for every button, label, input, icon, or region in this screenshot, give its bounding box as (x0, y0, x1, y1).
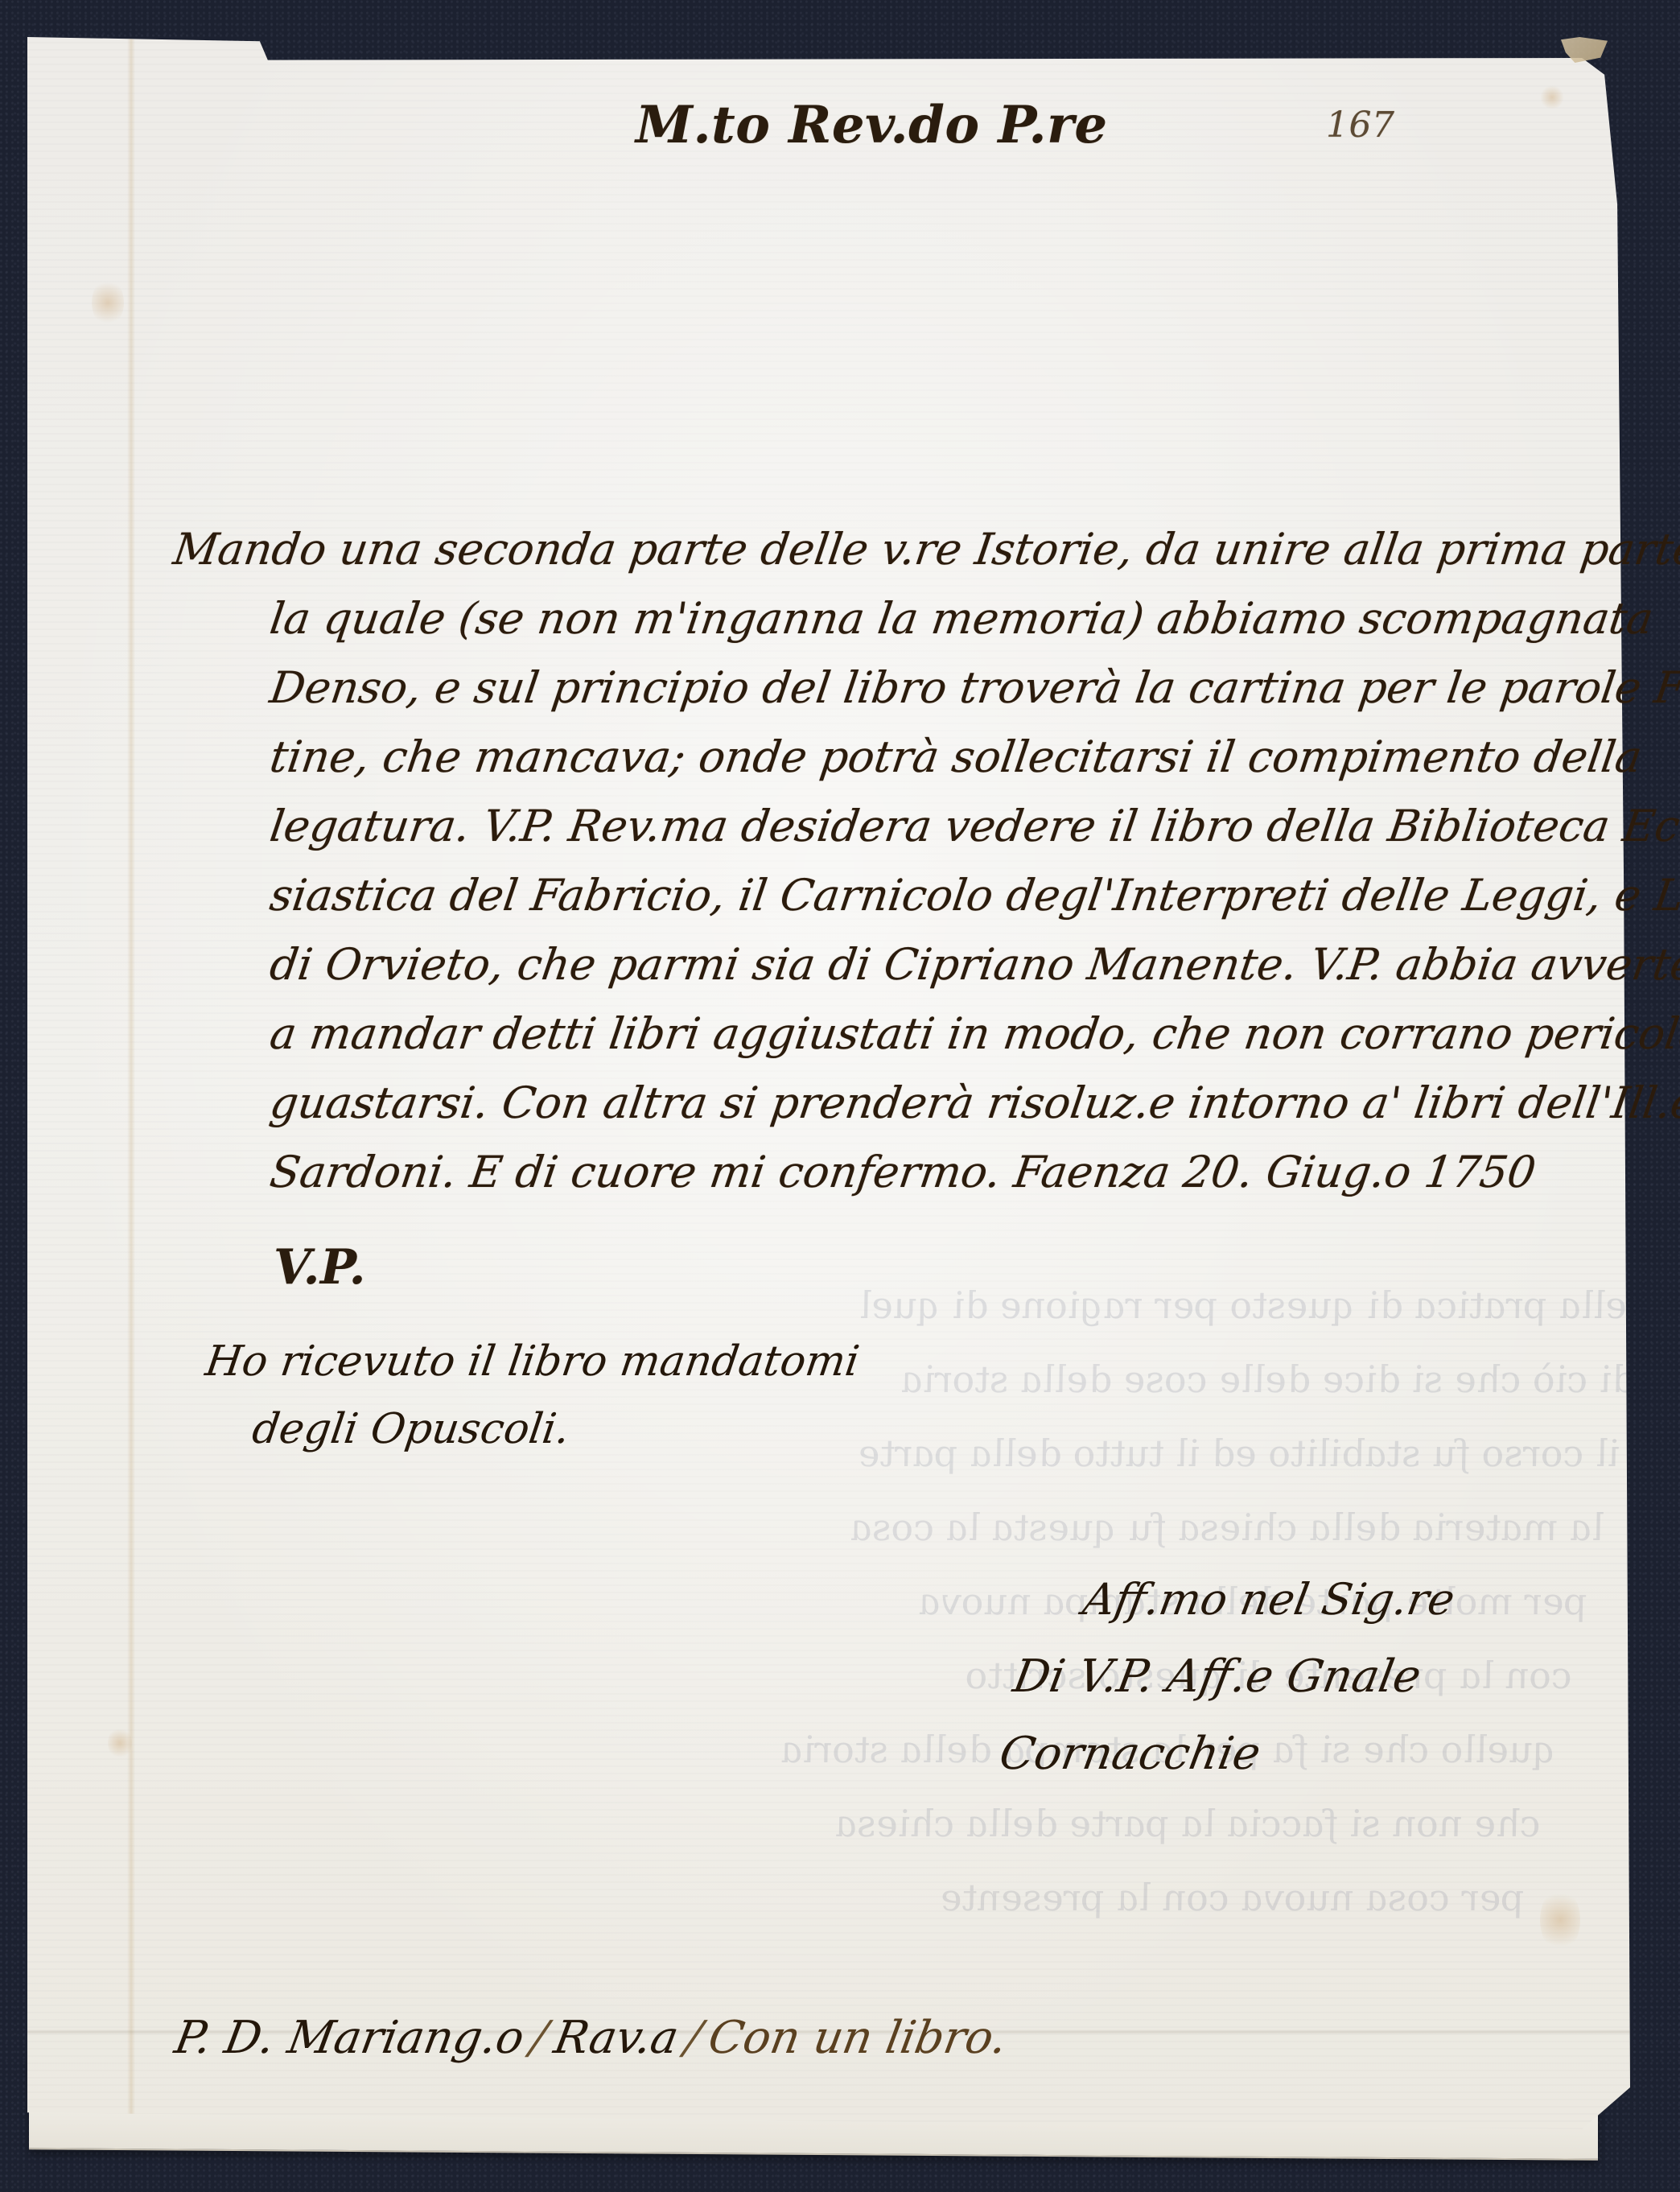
foxing-stain (1540, 1888, 1580, 1952)
body-line: tine, che mancava; onde potrà sollecitar… (169, 723, 1611, 792)
signature-block: Aff.mo nel Sig.re Di V.P. Aff.e Gnale Co… (994, 1561, 1680, 1793)
body-line: di Orvieto, che parmi sia di Cipriano Ma… (169, 930, 1611, 999)
body-line: legatura. V.P. Rev.ma desidera vedere il… (169, 792, 1611, 861)
vertical-fold-crease (127, 37, 135, 2129)
foxing-stain (108, 1727, 132, 1759)
body-line: Sardoni. E di cuore mi confermo. Faenza … (169, 1138, 1611, 1207)
address-note: Con un libro. (705, 2012, 1011, 2064)
dark-mount-background: nella pratica di questo per ragione di q… (0, 0, 1680, 2192)
body-line: la quale (se non m'inganna la memoria) a… (169, 584, 1611, 653)
closing-formula: Aff.mo nel Sig.re (1020, 1561, 1680, 1638)
postscript: Ho ricevuto il libro mandatomi degli Opu… (191, 1328, 863, 1463)
folio-number: 167 (1326, 105, 1394, 146)
body-line: a mandar detti libri aggiustati in modo,… (169, 999, 1611, 1069)
address-place: Rav.a (550, 2012, 682, 2064)
foxing-stain (1540, 85, 1564, 109)
body-line: siastica del Fabricio, il Carnicolo degl… (169, 861, 1611, 930)
foxing-stain (92, 278, 124, 327)
body-line: Denso, e sul principio del libro troverà… (169, 653, 1611, 723)
body-line: guastarsi. Con altra si prenderà risoluz… (169, 1069, 1611, 1138)
address-recipient: P. D. Mariang.o (171, 2012, 528, 2064)
address-line: P. D. Mariang.o/Rav.a/Con un libro. (171, 2012, 1011, 2064)
body-line: Mando una seconda parte delle v.re Istor… (169, 515, 1611, 584)
postscript-line: degli Opuscoli. (191, 1395, 854, 1463)
letter-body: Mando una seconda parte delle v.re Istor… (169, 515, 1601, 1207)
salutation-heading: M.to Rev.do P.re (636, 95, 1108, 155)
signature: Di V.P. Aff.e Gnale Cornacchie (994, 1638, 1680, 1793)
closing-addressee: V.P. (274, 1239, 366, 1296)
postscript-line: Ho ricevuto il libro mandatomi (201, 1328, 863, 1395)
